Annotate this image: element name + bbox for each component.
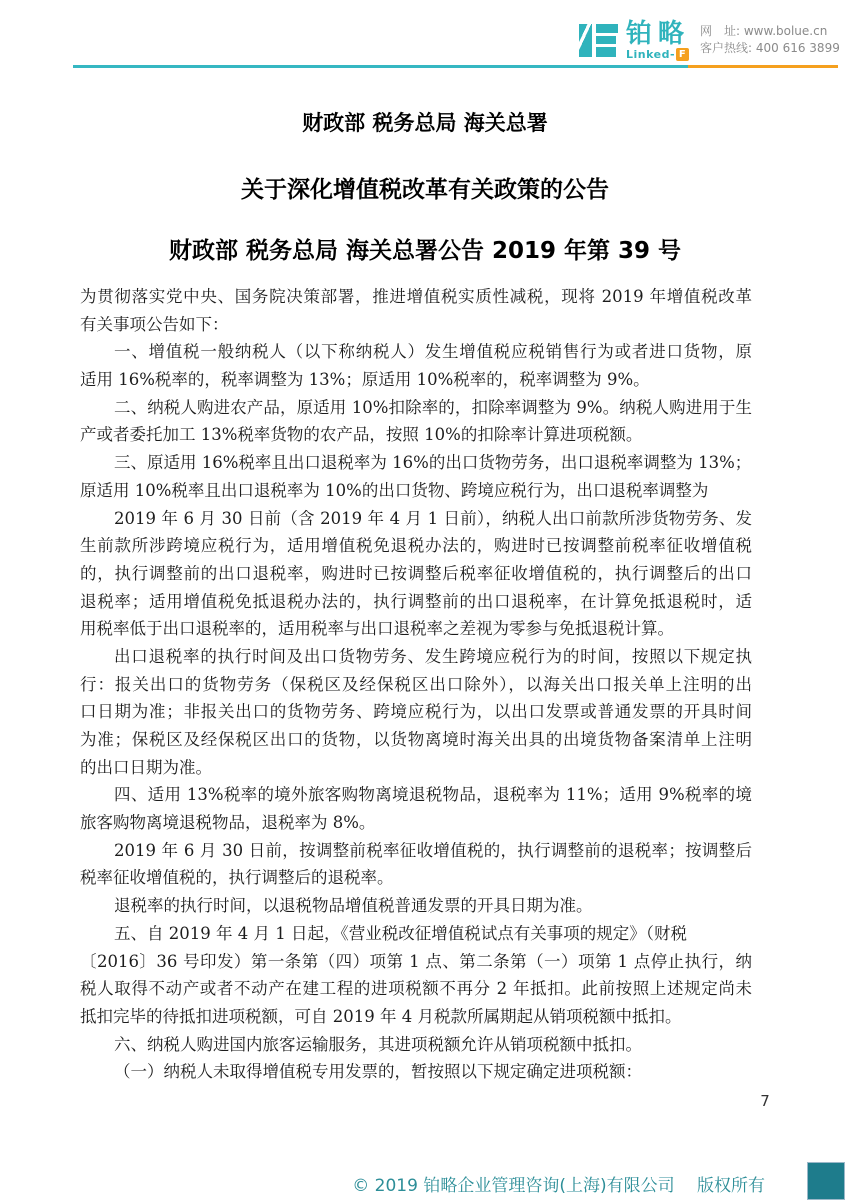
body-line: 用税率低于出口退税率的，适用税率与出口退税率之差视为零参与免抵退税计算。 [80, 615, 752, 643]
body-line: 行：报关出口的货物劳务（保税区及经保税区出口除外），以海关出口报关单上注明的出 [80, 671, 752, 699]
body-line: 产或者委托加工 13%税率货物的农产品，按照 10%的扣除率计算进项税额。 [80, 421, 752, 449]
issuing-agencies-title: 财政部 税务总局 海关总署 [0, 107, 850, 137]
body-line: 旅客购物离境退税物品，退税率为 8%。 [80, 809, 752, 837]
logo-mark-left-bar [579, 24, 592, 57]
logo-mark-top-bar [596, 24, 618, 33]
footer-corner-square [807, 1162, 845, 1200]
body-line: 税人取得不动产或者不动产在建工程的进项税额不再分 2 年抵扣。此前按照上述规定尚… [80, 975, 752, 1003]
body-line: 五、自 2019 年 4 月 1 日起，《营业税改征增值税试点有关事项的规定》（… [80, 920, 752, 948]
body-line: 出口退税率的执行时间及出口货物劳务、发生跨境应税行为的时间，按照以下规定执 [80, 643, 752, 671]
body-line: 退税率的执行时间，以退税物品增值税普通发票的开具日期为准。 [80, 892, 752, 920]
announcement-number-title: 财政部 税务总局 海关总署公告 2019 年第 39 号 [0, 232, 850, 265]
hotline-line: 客户热线: 400 616 3899 [700, 40, 840, 57]
header-divider-orange-segment [688, 65, 838, 68]
body-line: 有关事项公告如下： [80, 311, 752, 339]
body-line: 税率征收增值税的，执行调整后的退税率。 [80, 864, 752, 892]
page-number: 7 [756, 1092, 774, 1110]
logo-chinese-name: 铂略 [626, 21, 690, 47]
logo-f-badge: F [676, 48, 689, 61]
body-line: 〔2016〕36 号印发）第一条第（四）项第 1 点、第二条第（一）项第 1 点… [80, 948, 752, 976]
logo-english-prefix: Linked- [626, 48, 675, 61]
body-line: 二、纳税人购进农产品，原适用 10%扣除率的，扣除率调整为 9%。纳税人购进用于… [80, 394, 752, 422]
website-line: 网 址: www.bolue.cn [700, 23, 840, 40]
body-line: 六、纳税人购进国内旅客运输服务，其进项税额允许从销项税额中抵扣。 [80, 1031, 752, 1059]
body-line: 一、增值税一般纳税人（以下称纳税人）发生增值税应税销售行为或者进口货物，原 [80, 338, 752, 366]
copyright-notice: © 2019 铂略企业管理咨询(上海)有限公司 版权所有 [352, 1171, 765, 1196]
body-line: 退税率；适用增值税免抵退税办法的，执行调整前的出口退税率，在计算免抵退税时，适 [80, 588, 752, 616]
bolue-logo: 铂略 Linked- F [579, 21, 690, 61]
body-line: 为贯彻落实党中央、国务院决策部署，推进增值税实质性减税，现将 2019 年增值税… [80, 283, 752, 311]
header-divider-teal-segment [73, 65, 688, 68]
logo-mark-bottom-bar [596, 47, 616, 57]
body-line: 为准；保税区及经保税区出口的货物，以货物离境时海关出具的出境货物备案清单上注明 [80, 726, 752, 754]
logo-mark-middle-bar [596, 36, 616, 44]
document-page: 铂略 Linked- F 网 址: www.bolue.cn 客户热线: 400… [0, 0, 850, 1202]
body-line: 生前款所涉跨境应税行为，适用增值税免退税办法的，购进时已按调整前税率征收增值税 [80, 532, 752, 560]
body-line: 四、适用 13%税率的境外旅客购物离境退税物品，退税率为 11%；适用 9%税率… [80, 781, 752, 809]
header-divider [73, 65, 838, 68]
bolue-logo-icon [579, 21, 619, 58]
logo-text: 铂略 Linked- F [626, 21, 690, 61]
announcement-title: 关于深化增值税改革有关政策的公告 [0, 171, 850, 204]
body-line: （一）纳税人未取得增值税专用发票的，暂按照以下规定确定进项税额： [80, 1058, 752, 1086]
body-text: 为贯彻落实党中央、国务院决策部署，推进增值税实质性减税，现将 2019 年增值税… [80, 283, 752, 1086]
body-line: 2019 年 6 月 30 日前（含 2019 年 4 月 1 日前），纳税人出… [80, 505, 752, 533]
body-line: 原适用 10%税率且出口退税率为 10%的出口货物、跨境应税行为，出口退税率调整… [80, 477, 752, 505]
body-line: 的，执行调整前的出口退税率，购进时已按调整后税率征收增值税的，执行调整后的出口 [80, 560, 752, 588]
header-contact-info: 网 址: www.bolue.cn 客户热线: 400 616 3899 [700, 23, 840, 57]
logo-english-name: Linked- F [626, 48, 690, 61]
body-line: 抵扣完毕的待抵扣进项税额，可自 2019 年 4 月税款所属期起从销项税额中抵扣… [80, 1003, 752, 1031]
body-line: 的出口日期为准。 [80, 754, 752, 782]
body-line: 口日期为准；非报关出口的货物劳务、跨境应税行为，以出口发票或普通发票的开具时间 [80, 698, 752, 726]
body-line: 三、原适用 16%税率且出口退税率为 16%的出口货物劳务，出口退税率调整为 1… [80, 449, 752, 477]
body-line: 适用 16%税率的，税率调整为 13%；原适用 10%税率的，税率调整为 9%。 [80, 366, 752, 394]
body-line: 2019 年 6 月 30 日前，按调整前税率征收增值税的，执行调整前的退税率；… [80, 837, 752, 865]
